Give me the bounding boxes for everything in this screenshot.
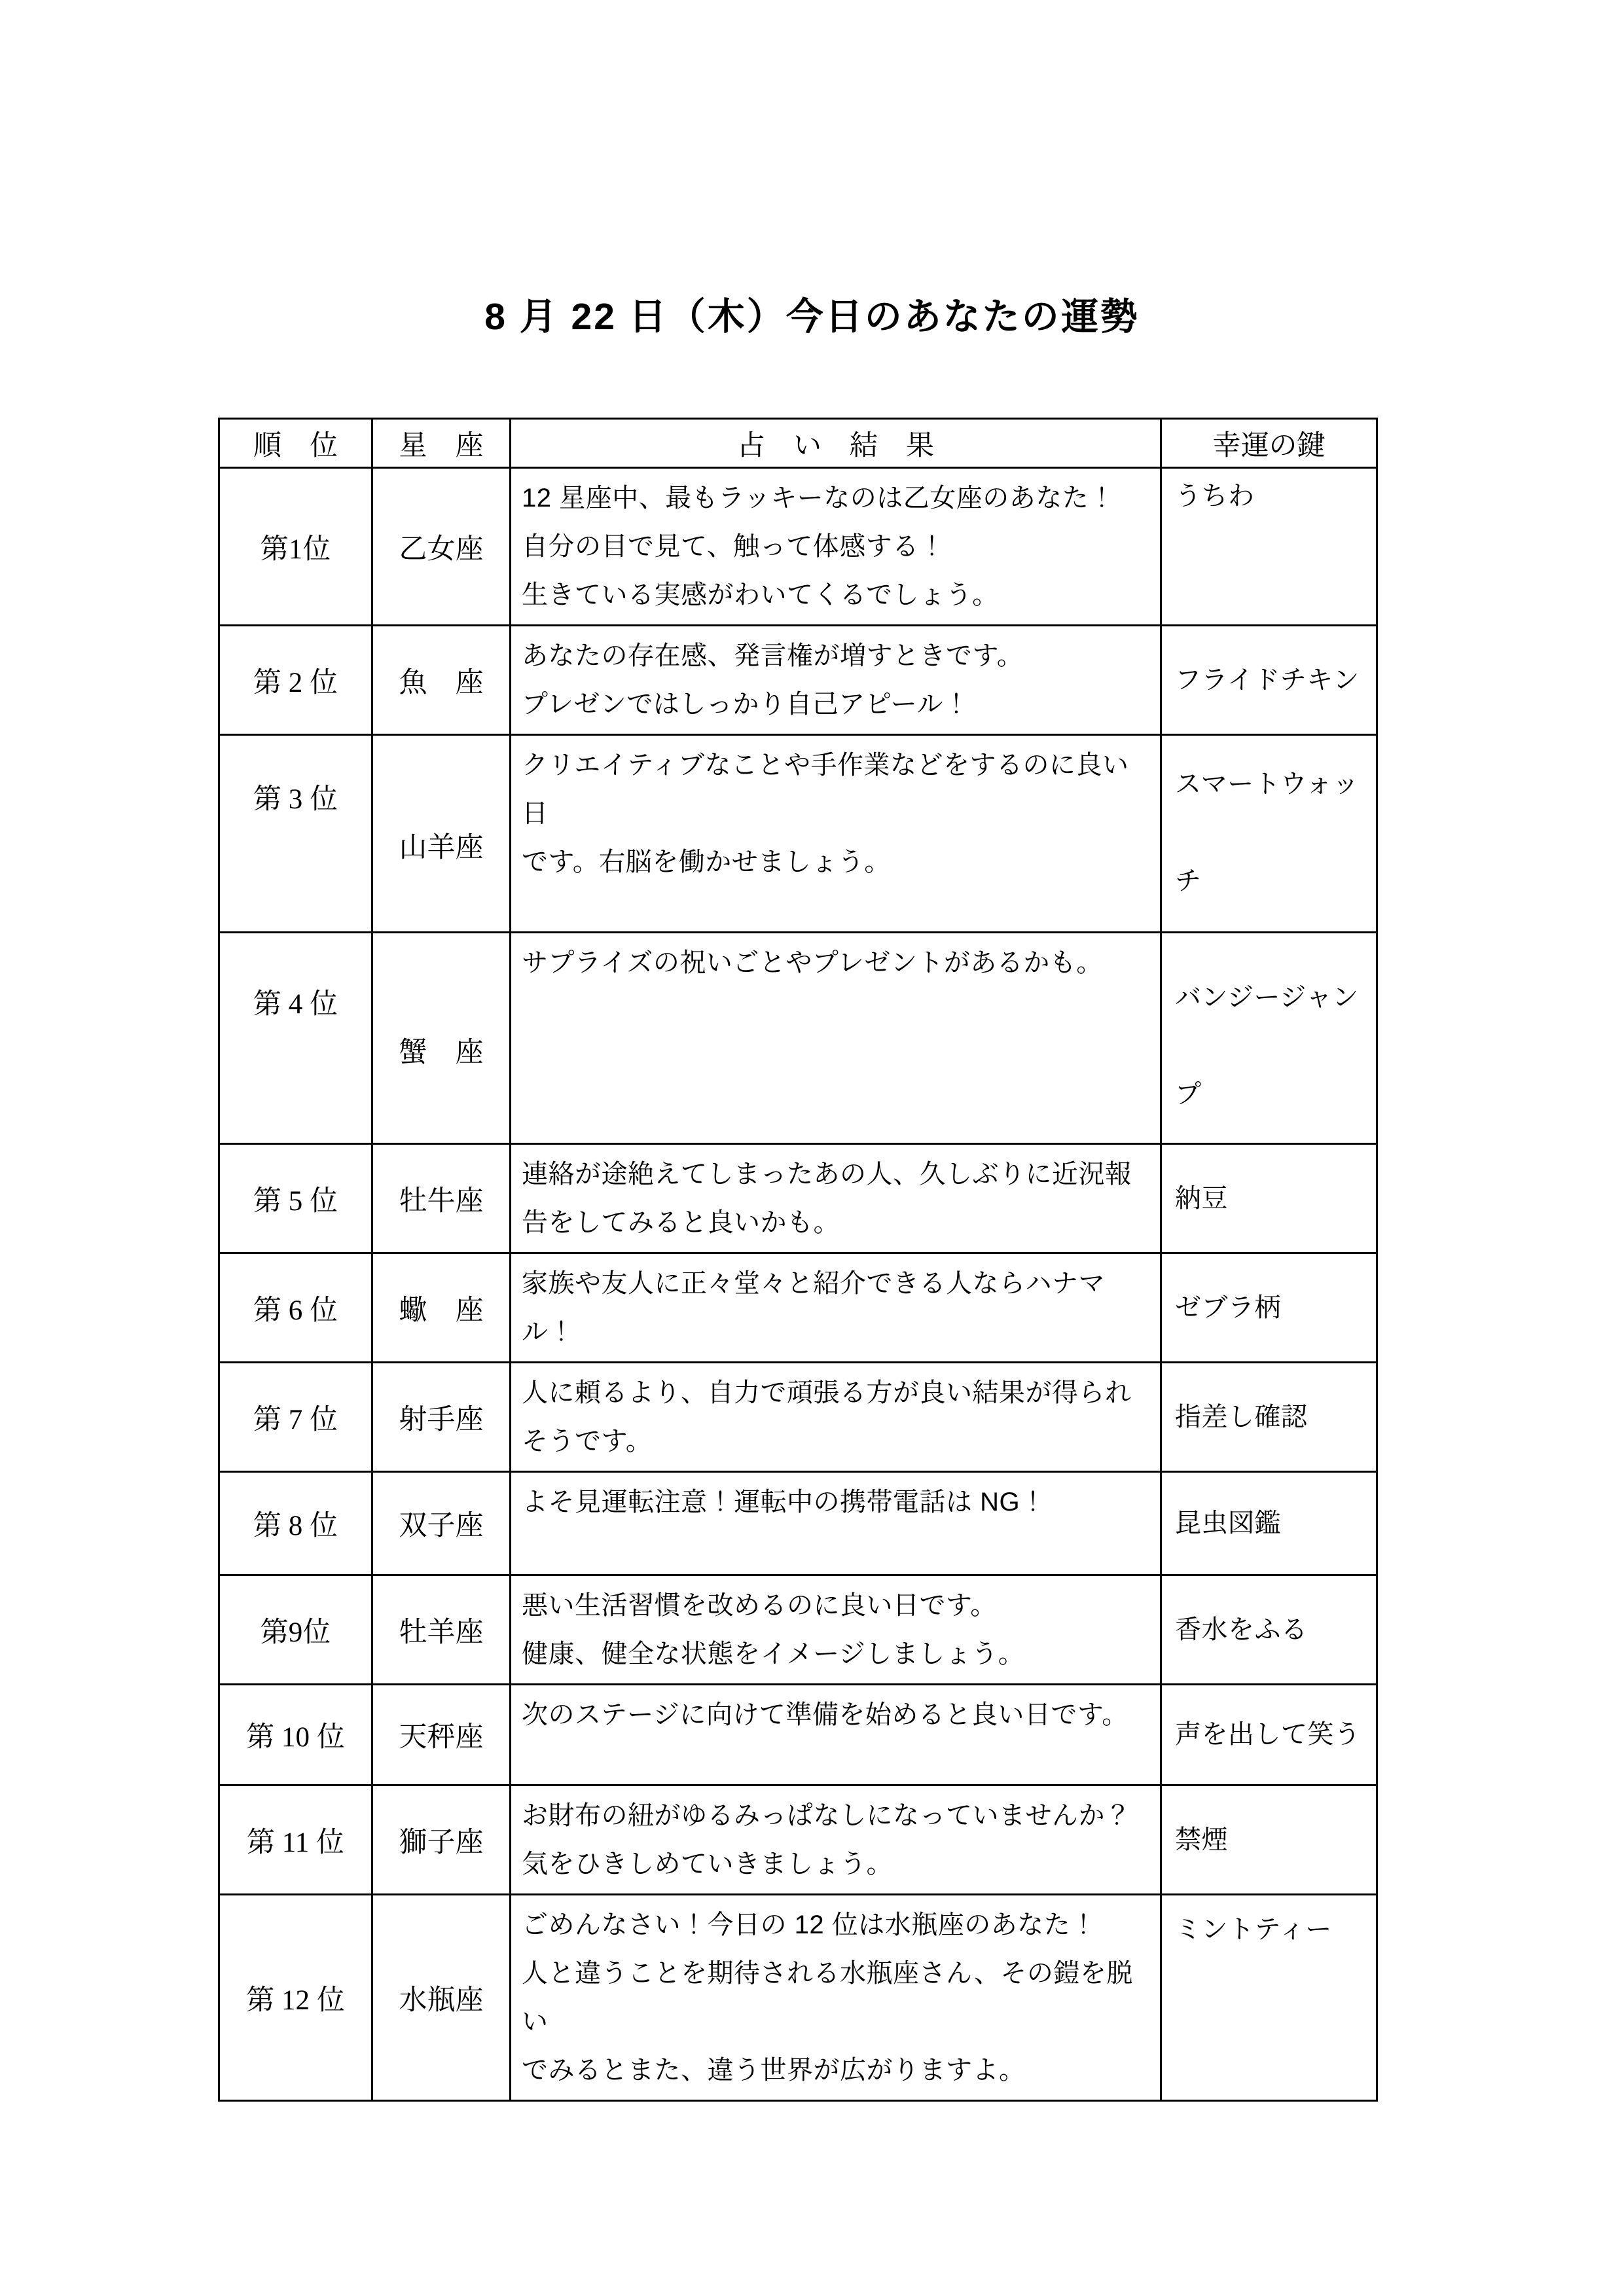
sign-cell: 水瓶座: [372, 1895, 511, 2101]
lucky-key-cell: スマートウォッ チ: [1161, 735, 1377, 933]
fortune-cell: よそ見運転注意！運転中の携帯電話は NG！: [511, 1472, 1161, 1575]
lucky-key-cell: 指差し確認: [1161, 1363, 1377, 1472]
header-lucky-key: 幸運の鍵: [1161, 419, 1377, 468]
sign-cell: 双子座: [372, 1472, 511, 1575]
fortune-cell: 12 星座中、最もラッキーなのは乙女座のあなた！ 自分の目で見て、触って体感する…: [511, 468, 1161, 626]
fortune-cell: ごめんなさい！今日の 12 位は水瓶座のあなた！ 人と違うことを期待される水瓶座…: [511, 1895, 1161, 2101]
lucky-key-cell: 香水をふる: [1161, 1575, 1377, 1685]
rank-cell: 第 8 位: [219, 1472, 372, 1575]
table-row: 第 3 位山羊座クリエイティブなことや手作業などをするのに良い日 です。右脳を働…: [219, 735, 1377, 933]
document-page: 8 月 22 日（木）今日のあなたの運勢 順 位 星 座 占 い 結 果 幸運の…: [0, 0, 1624, 2296]
sign-cell: 乙女座: [372, 468, 511, 626]
table-row: 第9位牡羊座悪い生活習慣を改めるのに良い日です。 健康、健全な状態をイメージしま…: [219, 1575, 1377, 1685]
lucky-key-cell: うちわ: [1161, 468, 1377, 626]
rank-cell: 第 6 位: [219, 1253, 372, 1363]
lucky-key-cell: フライドチキン: [1161, 626, 1377, 735]
fortune-table-rows: 第1位乙女座12 星座中、最もラッキーなのは乙女座のあなた！ 自分の目で見て、触…: [219, 468, 1377, 2101]
rank-cell: 第 4 位: [219, 933, 372, 1144]
table-row: 第 10 位天秤座次のステージに向けて準備を始めると良い日です。声を出して笑う: [219, 1685, 1377, 1785]
sign-cell: 牡牛座: [372, 1144, 511, 1253]
rank-cell: 第 12 位: [219, 1895, 372, 2101]
table-row: 第 8 位双子座よそ見運転注意！運転中の携帯電話は NG！昆虫図鑑: [219, 1472, 1377, 1575]
sign-cell: 魚 座: [372, 626, 511, 735]
table-row: 第 4 位蟹 座サプライズの祝いごとやプレゼントがあるかも。バンジージャン プ: [219, 933, 1377, 1144]
header-rank: 順 位: [219, 419, 372, 468]
table-row: 第 2 位魚 座あなたの存在感、発言権が増すときです。 プレゼンではしっかり自己…: [219, 626, 1377, 735]
fortune-cell: 人に頼るより、自力で頑張る方が良い結果が得られ そうです。: [511, 1363, 1161, 1472]
sign-cell: 獅子座: [372, 1785, 511, 1895]
lucky-key-cell: ミントティー: [1161, 1895, 1377, 2101]
sign-cell: 山羊座: [372, 735, 511, 933]
fortune-cell: 次のステージに向けて準備を始めると良い日です。: [511, 1685, 1161, 1785]
header-fortune: 占 い 結 果: [511, 419, 1161, 468]
table-row: 第 6 位蠍 座家族や友人に正々堂々と紹介できる人ならハナマ ル！ゼブラ柄: [219, 1253, 1377, 1363]
page-title: 8 月 22 日（木）今日のあなたの運勢: [0, 287, 1624, 340]
table-row: 第 12 位水瓶座ごめんなさい！今日の 12 位は水瓶座のあなた！ 人と違うこと…: [219, 1895, 1377, 2101]
sign-cell: 天秤座: [372, 1685, 511, 1785]
lucky-key-cell: 禁煙: [1161, 1785, 1377, 1895]
sign-cell: 牡羊座: [372, 1575, 511, 1685]
rank-cell: 第1位: [219, 468, 372, 626]
fortune-table-header: 順 位 星 座 占 い 結 果 幸運の鍵: [219, 419, 1377, 468]
sign-cell: 射手座: [372, 1363, 511, 1472]
table-row: 第 5 位牡牛座連絡が途絶えてしまったあの人、久しぶりに近況報 告をしてみると良…: [219, 1144, 1377, 1253]
rank-cell: 第 10 位: [219, 1685, 372, 1785]
table-row: 第 7 位射手座人に頼るより、自力で頑張る方が良い結果が得られ そうです。指差し…: [219, 1363, 1377, 1472]
fortune-cell: 連絡が途絶えてしまったあの人、久しぶりに近況報 告をしてみると良いかも。: [511, 1144, 1161, 1253]
rank-cell: 第 3 位: [219, 735, 372, 933]
header-row: 順 位 星 座 占 い 結 果 幸運の鍵: [219, 419, 1377, 468]
table-row: 第 11 位獅子座お財布の紐がゆるみっぱなしになっていませんか？ 気をひきしめて…: [219, 1785, 1377, 1895]
rank-cell: 第 2 位: [219, 626, 372, 735]
lucky-key-cell: バンジージャン プ: [1161, 933, 1377, 1144]
fortune-cell: お財布の紐がゆるみっぱなしになっていませんか？ 気をひきしめていきましょう。: [511, 1785, 1161, 1895]
header-sign: 星 座: [372, 419, 511, 468]
fortune-table: 順 位 星 座 占 い 結 果 幸運の鍵 第1位乙女座12 星座中、最もラッキー…: [218, 418, 1378, 2102]
fortune-cell: サプライズの祝いごとやプレゼントがあるかも。: [511, 933, 1161, 1144]
lucky-key-cell: 昆虫図鑑: [1161, 1472, 1377, 1575]
fortune-cell: クリエイティブなことや手作業などをするのに良い日 です。右脳を働かせましょう。: [511, 735, 1161, 933]
table-row: 第1位乙女座12 星座中、最もラッキーなのは乙女座のあなた！ 自分の目で見て、触…: [219, 468, 1377, 626]
fortune-cell: 家族や友人に正々堂々と紹介できる人ならハナマ ル！: [511, 1253, 1161, 1363]
rank-cell: 第 7 位: [219, 1363, 372, 1472]
lucky-key-cell: 声を出して笑う: [1161, 1685, 1377, 1785]
lucky-key-cell: ゼブラ柄: [1161, 1253, 1377, 1363]
rank-cell: 第 11 位: [219, 1785, 372, 1895]
lucky-key-cell: 納豆: [1161, 1144, 1377, 1253]
fortune-cell: 悪い生活習慣を改めるのに良い日です。 健康、健全な状態をイメージしましょう。: [511, 1575, 1161, 1685]
sign-cell: 蟹 座: [372, 933, 511, 1144]
sign-cell: 蠍 座: [372, 1253, 511, 1363]
fortune-cell: あなたの存在感、発言権が増すときです。 プレゼンではしっかり自己アピール！: [511, 626, 1161, 735]
rank-cell: 第9位: [219, 1575, 372, 1685]
rank-cell: 第 5 位: [219, 1144, 372, 1253]
